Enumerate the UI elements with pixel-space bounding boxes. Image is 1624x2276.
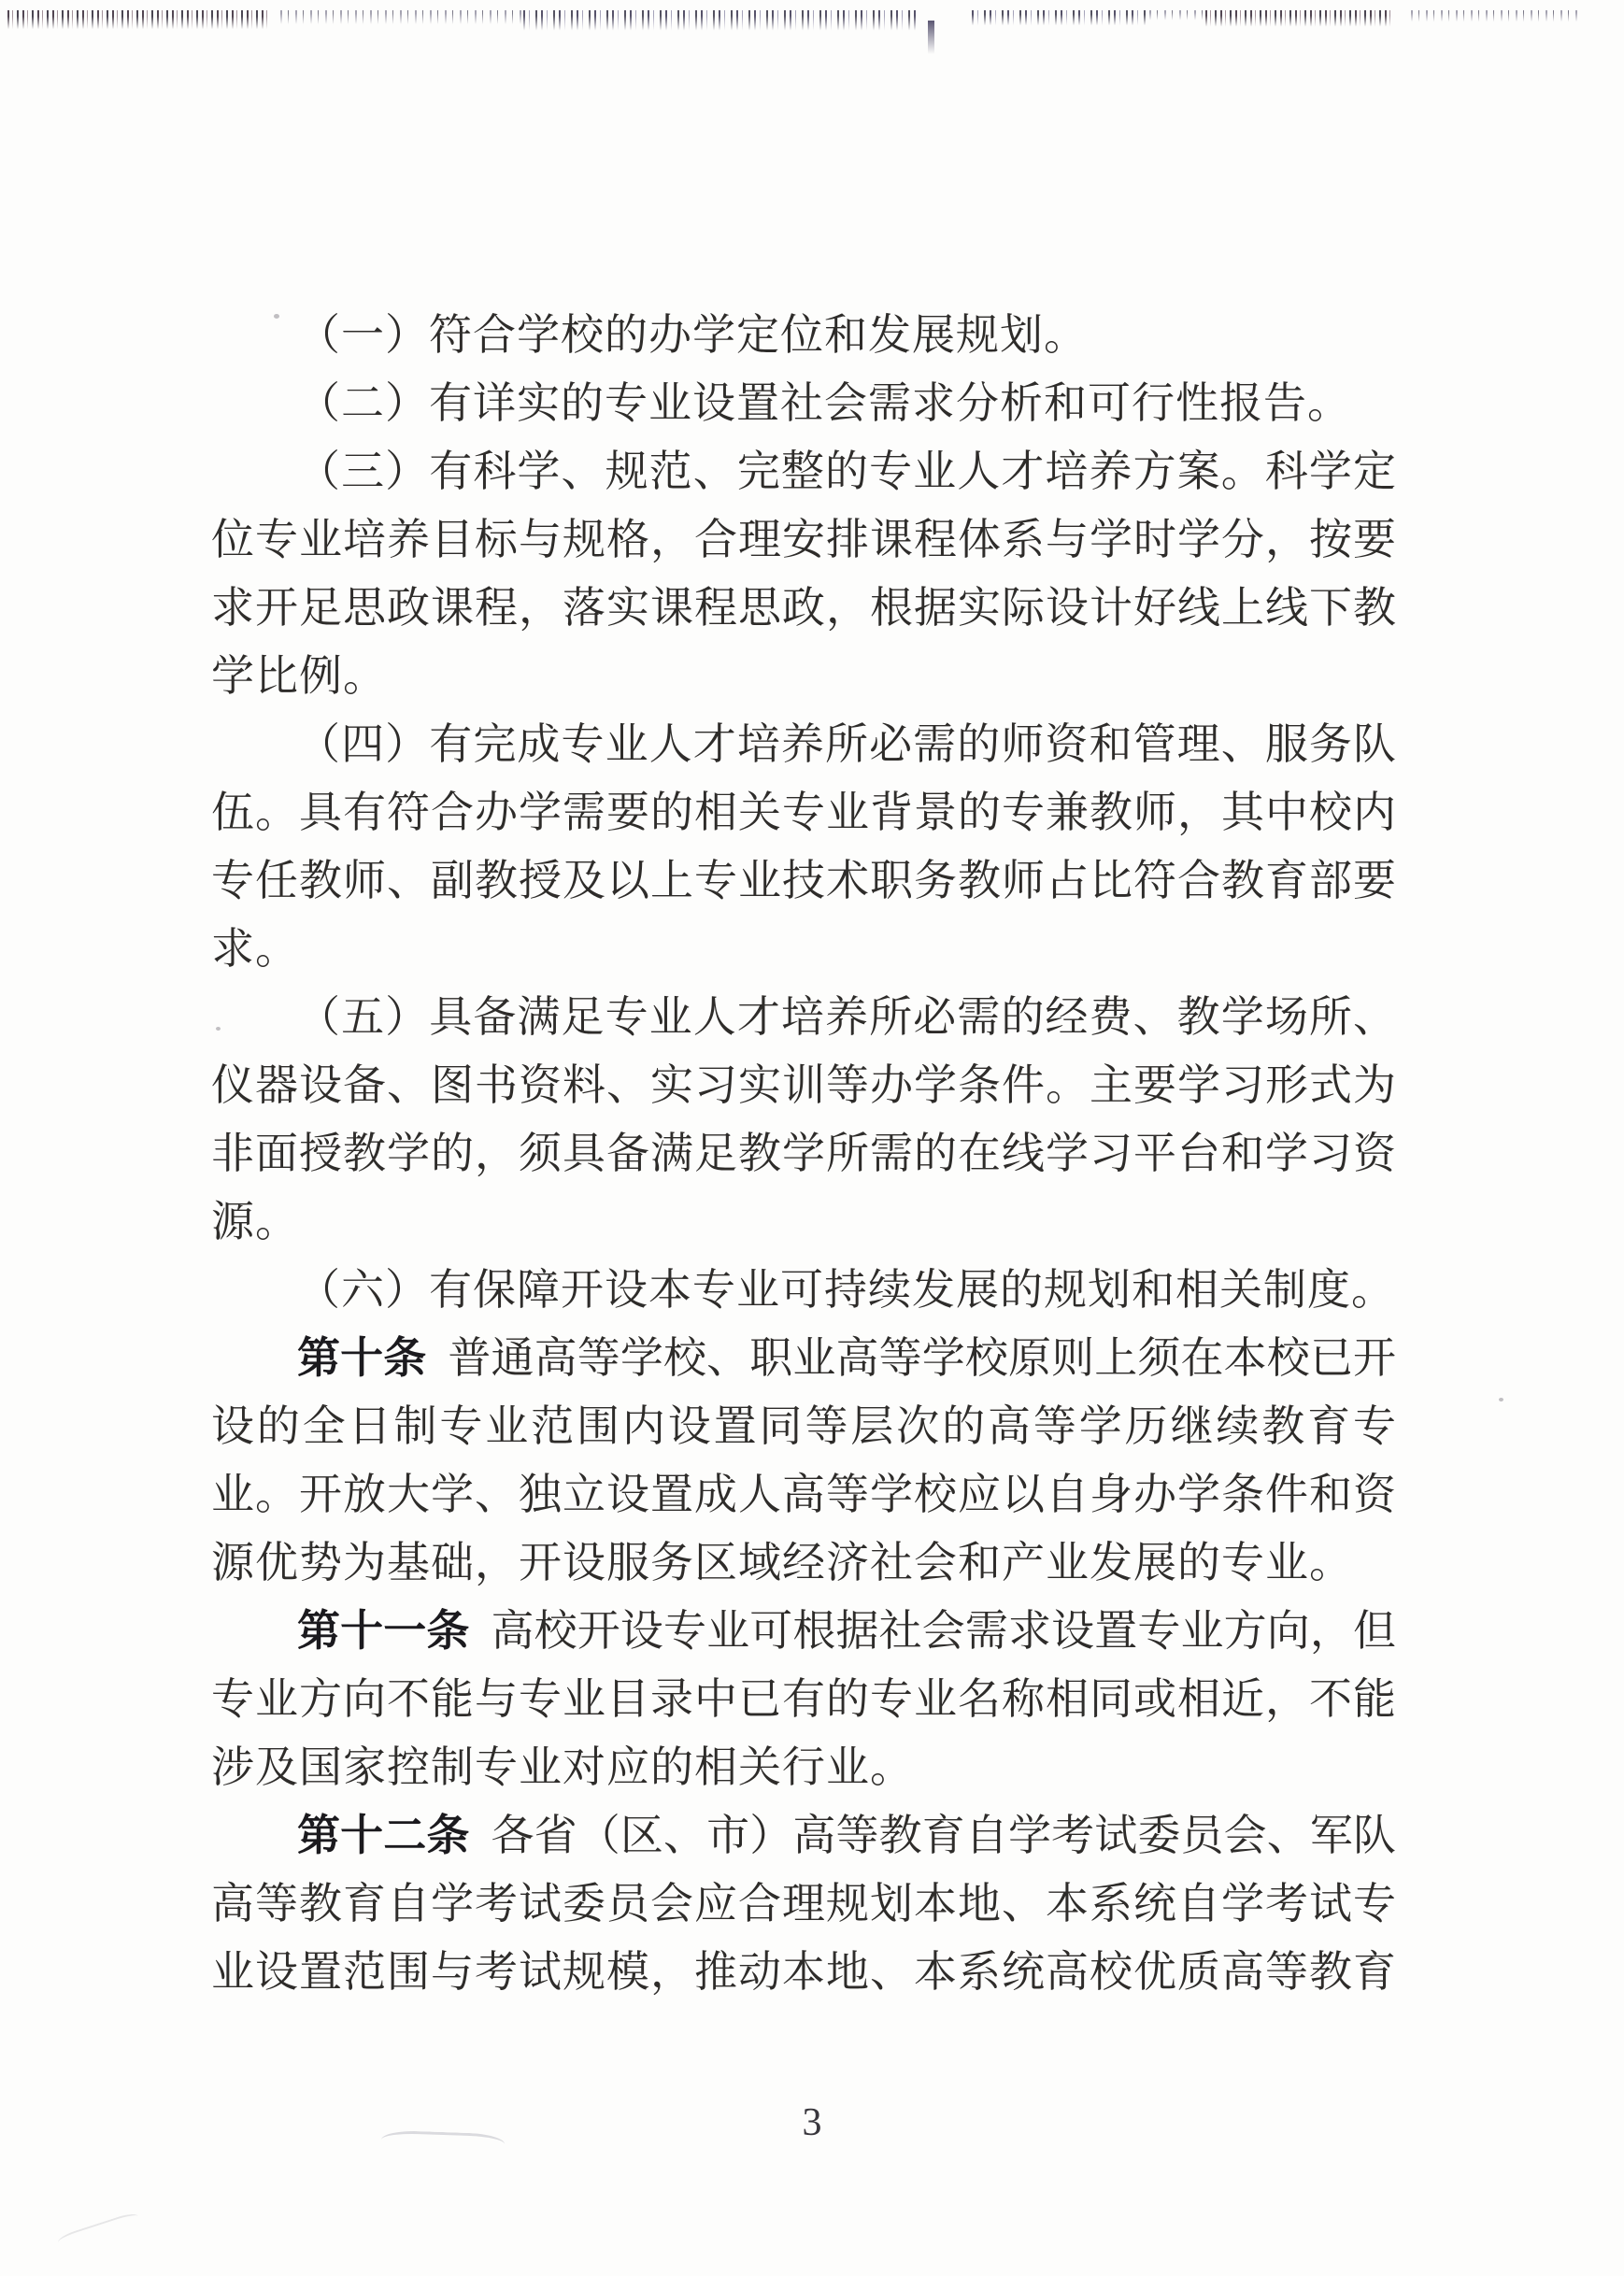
text-line: （五）具备满足专业人才培养所必需的经费、教学场所、 [211,983,1396,1051]
text-line: 业。开放大学、独立设置成人高等学校应以自身办学条件和资 [211,1460,1396,1529]
scan-speck [1499,1398,1503,1401]
text-line: 位专业培养目标与规格，合理安排课程体系与学时学分，按要 [211,505,1396,574]
scan-artifact-spike [928,21,934,54]
text-line: 求开足思政课程，落实课程思政，根据实际设计好线上线下教 [211,574,1396,642]
text-line: 专任教师、副教授及以上专业技术职务教师占比符合教育部要 [211,846,1396,915]
scan-artifact-segment [280,10,523,26]
text-line: 伍。具有符合办学需要的相关专业背景的专兼教师，其中校内 [211,778,1396,846]
scan-artifact-segment [1411,10,1579,23]
document-text: （一）符合学校的办学定位和发展规划。 （二）有详实的专业设置社会需求分析和可行性… [211,301,1396,2006]
text-line: 第十二条各省（区、市）高等教育自学考试委员会、军队 [211,1801,1396,1870]
text-line: （四）有完成专业人才培养所必需的师资和管理、服务队 [211,710,1396,778]
pencil-smudge-artifact [56,2211,139,2247]
text-line: 设的全日制专业范围内设置同等层次的高等学历继续教育专 [211,1392,1396,1460]
scan-artifact-segment [1205,10,1392,28]
text-line: 非面授教学的，须具备满足教学所需的在线学习平台和学习资 [211,1119,1396,1188]
text-line: 专业方向不能与专业目录中已有的专业名称相同或相近，不能 [211,1665,1396,1733]
text-line: 求。 [211,915,1396,983]
scan-artifact-segment [523,10,916,33]
scan-artifact-segment [972,10,1149,27]
text-line-body: 各省（区、市）高等教育自学考试委员会、军队 [491,1812,1397,1859]
text-line-body: 高校开设专业可根据社会需求设置专业方向，但 [491,1607,1397,1655]
text-line-body: 普通高等学校、职业高等学校原则上须在本校已开 [448,1334,1396,1382]
article-number: 第十一条 [297,1607,470,1655]
scanned-document-page: （一）符合学校的办学定位和发展规划。 （二）有详实的专业设置社会需求分析和可行性… [0,0,1624,2276]
article-number: 第十二条 [297,1812,470,1859]
page-number: 3 [0,2100,1624,2145]
text-line: （三）有科学、规范、完整的专业人才培养方案。科学定 [211,437,1396,505]
text-line: （二）有详实的专业设置社会需求分析和可行性报告。 [211,369,1396,437]
text-line: 源。 [211,1188,1396,1256]
article-number: 第十条 [297,1334,426,1382]
text-line: 高等教育自学考试委员会应合理规划本地、本系统自学考试专 [211,1870,1396,1938]
scan-speck [274,314,279,319]
scan-speck [216,1027,221,1031]
text-line: （六）有保障开设本专业可持续发展的规划和相关制度。 [211,1256,1396,1324]
scan-top-edge-artifact [0,10,1624,38]
text-line: 仪器设备、图书资料、实习实训等办学条件。主要学习形式为 [211,1051,1396,1119]
text-line: 业设置范围与考试规模，推动本地、本系统高校优质高等教育 [211,1938,1396,2006]
scan-artifact-segment [7,10,271,31]
text-line: （一）符合学校的办学定位和发展规划。 [211,301,1396,369]
text-line: 第十条普通高等学校、职业高等学校原则上须在本校已开 [211,1324,1396,1392]
text-line: 第十一条高校开设专业可根据社会需求设置专业方向，但 [211,1597,1396,1665]
text-line: 学比例。 [211,642,1396,710]
text-line: 涉及国家控制专业对应的相关行业。 [211,1733,1396,1801]
text-line: 源优势为基础，开设服务区域经济社会和产业发展的专业。 [211,1529,1396,1597]
scan-artifact-segment [1149,10,1205,21]
